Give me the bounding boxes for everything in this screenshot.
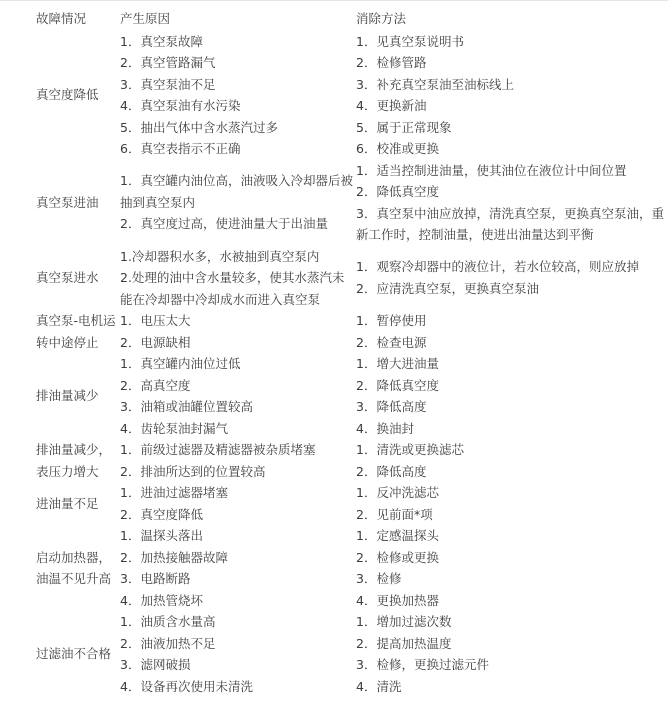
cause-cell: 1．真空罐内油位高，油液吸入冷却器后被抽到真空泵内2．真空度过高，使进油量大于出… [120,160,356,246]
remedy-item: 1．观察冷却器中的液位计，若水位较高，则应放掉 [356,256,668,278]
remedy-item: 2．降低真空度 [356,181,668,203]
cause-item: 2.处理的油中含水量较多，使其水蒸汽未能在冷却器中冷却成水而进入真空泵 [120,267,356,310]
cause-cell: 1．进油过滤器堵塞2．真空度降低 [120,482,356,525]
fault-cell: 过滤油不合格 [0,611,120,697]
fault-label: 真空泵进水 [36,270,99,285]
remedy-item: 3．检修，更换过滤元件 [356,654,668,676]
cause-item: 5．抽出气体中含水蒸汽过多 [120,117,356,139]
fault-label: 排油量减少 [36,388,99,403]
cause-item: 2．真空度降低 [120,504,356,526]
remedy-cell: 1．增大进油量2．降低真空度3．降低高度4．换油封 [356,353,668,439]
table-row: 启动加热器，油温不见升高1．温探头落出2．加热接触器故障3．电路断路4．加热管烧… [0,525,668,611]
remedy-cell: 1．定感温探头2．检修或更换3．检修4．更换加热器 [356,525,668,611]
remedy-item: 5．属于正常现象 [356,117,668,139]
remedy-cell: 1．见真空泵说明书2．检修管路3．补充真空泵油至油标线上4．更换新油5．属于正常… [356,31,668,160]
remedy-item: 1．清洗或更换滤芯 [356,439,668,461]
remedy-cell: 1．清洗或更换滤芯2．降低高度 [356,439,668,482]
table-body: 真空度降低1．真空泵故障2．真空管路漏气3．真空泵油不足4．真空泵油有水污染5．… [0,31,668,698]
remedy-item: 1．定感温探头 [356,525,668,547]
remedy-item: 2．检修或更换 [356,547,668,569]
cause-item: 4．设备再次使用未清洗 [120,676,356,698]
remedy-item: 3．检修 [356,568,668,590]
remedy-item: 2．检查电源 [356,332,668,354]
cause-item: 1．真空罐内油位高，油液吸入冷却器后被抽到真空泵内 [120,170,356,213]
cause-item: 2．真空度过高，使进油量大于出油量 [120,213,356,235]
table-row: 真空泵进油1．真空罐内油位高，油液吸入冷却器后被抽到真空泵内2．真空度过高，使进… [0,160,668,246]
remedy-item: 2．应清洗真空泵，更换真空泵油 [356,278,668,300]
table-row: 真空泵进水1.冷却器积水多，水被抽到真空泵内2.处理的油中含水量较多，使其水蒸汽… [0,246,668,311]
cause-item: 1．进油过滤器堵塞 [120,482,356,504]
cause-item: 3．滤网破损 [120,654,356,676]
header-remedy: 消除方法 [356,1,668,31]
remedy-cell: 1．增加过滤次数2．提高加热温度3．检修，更换过滤元件4．清洗 [356,611,668,697]
table-row: 过滤油不合格1．油质含水量高2．油液加热不足3．滤网破损4．设备再次使用未清洗1… [0,611,668,697]
remedy-item: 2．检修管路 [356,52,668,74]
remedy-item: 4．清洗 [356,676,668,698]
table-row: 真空泵-电机运转中途停止1．电压太大2．电源缺相1．暂停使用2．检查电源 [0,310,668,353]
cause-cell: 1．电压太大2．电源缺相 [120,310,356,353]
cause-item: 1．温探头落出 [120,525,356,547]
table-row: 排油量减少1．真空罐内油位过低2．高真空度3．油箱或油罐位置较高4．齿轮泵油封漏… [0,353,668,439]
cause-cell: 1．温探头落出2．加热接触器故障3．电路断路4．加热管烧坏 [120,525,356,611]
remedy-item: 1．见真空泵说明书 [356,31,668,53]
cause-cell: 1．前级过滤器及精滤器被杂质堵塞2．排油所达到的位置较高 [120,439,356,482]
table-row: 排油量减少，表压力增大1．前级过滤器及精滤器被杂质堵塞2．排油所达到的位置较高1… [0,439,668,482]
cause-item: 4．真空泵油有水污染 [120,95,356,117]
remedy-item: 2．提高加热温度 [356,633,668,655]
cause-item: 3．电路断路 [120,568,356,590]
remedy-cell: 1．暂停使用2．检查电源 [356,310,668,353]
remedy-item: 2．见前面*项 [356,504,668,526]
remedy-item: 3．真空泵中油应放掉，清洗真空泵，更换真空泵油，重新工作时，控制油量，使进出油量… [356,203,668,246]
remedy-item: 4．换油封 [356,418,668,440]
cause-item: 2．油液加热不足 [120,633,356,655]
fault-cell: 启动加热器，油温不见升高 [0,525,120,611]
cause-cell: 1.冷却器积水多，水被抽到真空泵内2.处理的油中含水量较多，使其水蒸汽未能在冷却… [120,246,356,311]
cause-item: 2．高真空度 [120,375,356,397]
cause-item: 2．排油所达到的位置较高 [120,461,356,483]
cause-item: 4．齿轮泵油封漏气 [120,418,356,440]
cause-item: 1．油质含水量高 [120,611,356,633]
remedy-item: 6．校准或更换 [356,138,668,160]
remedy-item: 4．更换加热器 [356,590,668,612]
cause-item: 2．电源缺相 [120,332,356,354]
remedy-item: 1．暂停使用 [356,310,668,332]
cause-item: 6．真空表指示不正确 [120,138,356,160]
cause-item: 1．前级过滤器及精滤器被杂质堵塞 [120,439,356,461]
remedy-item: 1．增大进油量 [356,353,668,375]
fault-cell: 真空泵进油 [0,160,120,246]
cause-cell: 1．真空泵故障2．真空管路漏气3．真空泵油不足4．真空泵油有水污染5．抽出气体中… [120,31,356,160]
fault-cell: 真空泵进水 [0,246,120,311]
remedy-item: 1．反冲洗滤芯 [356,482,668,504]
header-fault-situation: 故障情况 [0,1,120,31]
fault-cell: 真空度降低 [0,31,120,160]
remedy-cell: 1．反冲洗滤芯2．见前面*项 [356,482,668,525]
cause-item: 1．真空泵故障 [120,31,356,53]
remedy-cell: 1．观察冷却器中的液位计，若水位较高，则应放掉2．应清洗真空泵，更换真空泵油 [356,246,668,311]
cause-item: 2．真空管路漏气 [120,52,356,74]
cause-item: 3．油箱或油罐位置较高 [120,396,356,418]
cause-cell: 1．真空罐内油位过低2．高真空度3．油箱或油罐位置较高4．齿轮泵油封漏气 [120,353,356,439]
header-row: 故障情况 产生原因 消除方法 [0,1,668,31]
fault-label: 进油量不足 [36,496,99,511]
cause-item: 2．加热接触器故障 [120,547,356,569]
remedy-item: 1．适当控制进油量，使其油位在液位计中间位置 [356,160,668,182]
fault-label: 过滤油不合格 [36,646,111,661]
table-header: 故障情况 产生原因 消除方法 [0,1,668,31]
fault-label: 真空泵-电机运转中途停止 [36,313,116,350]
fault-cell: 真空泵-电机运转中途停止 [0,310,120,353]
troubleshooting-table: 故障情况 产生原因 消除方法 真空度降低1．真空泵故障2．真空管路漏气3．真空泵… [0,0,668,697]
cause-item: 1.冷却器积水多，水被抽到真空泵内 [120,246,356,268]
fault-label: 真空泵进油 [36,195,99,210]
cause-item: 4．加热管烧坏 [120,590,356,612]
fault-cell: 进油量不足 [0,482,120,525]
remedy-item: 1．增加过滤次数 [356,611,668,633]
fault-label: 真空度降低 [36,87,99,102]
remedy-cell: 1．适当控制进油量，使其油位在液位计中间位置2．降低真空度3．真空泵中油应放掉，… [356,160,668,246]
remedy-item: 4．更换新油 [356,95,668,117]
table-row: 真空度降低1．真空泵故障2．真空管路漏气3．真空泵油不足4．真空泵油有水污染5．… [0,31,668,160]
table-row: 进油量不足1．进油过滤器堵塞2．真空度降低1．反冲洗滤芯2．见前面*项 [0,482,668,525]
fault-cell: 排油量减少，表压力增大 [0,439,120,482]
cause-cell: 1．油质含水量高2．油液加热不足3．滤网破损4．设备再次使用未清洗 [120,611,356,697]
fault-label: 启动加热器，油温不见升高 [36,550,111,587]
remedy-item: 2．降低高度 [356,461,668,483]
remedy-item: 3．降低高度 [356,396,668,418]
remedy-item: 2．降低真空度 [356,375,668,397]
cause-item: 1．电压太大 [120,310,356,332]
fault-label: 排油量减少，表压力增大 [36,442,111,479]
fault-cell: 排油量减少 [0,353,120,439]
cause-item: 1．真空罐内油位过低 [120,353,356,375]
cause-item: 3．真空泵油不足 [120,74,356,96]
header-cause: 产生原因 [120,1,356,31]
remedy-item: 3．补充真空泵油至油标线上 [356,74,668,96]
